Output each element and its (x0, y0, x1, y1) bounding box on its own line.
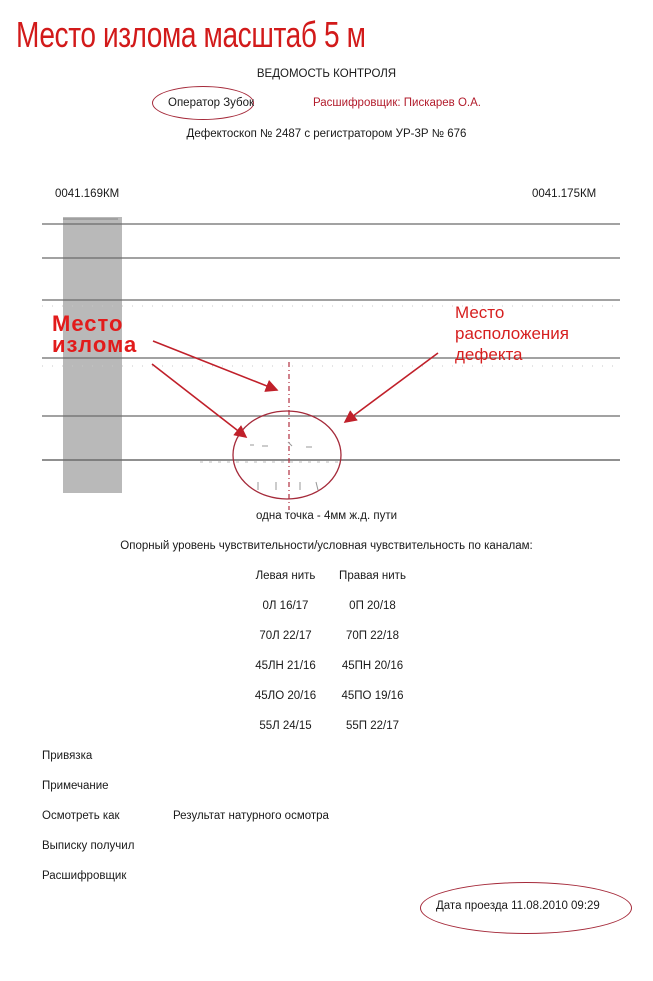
inspect-as-label: Осмотреть как (42, 810, 120, 822)
defectogram-chart (0, 0, 653, 520)
inspection-result-label: Результат натурного осмотра (173, 810, 329, 822)
pass-date: Дата проезда 11.08.2010 09:29 (436, 900, 600, 912)
break-arrow-1 (152, 364, 246, 437)
defect-arrow (345, 353, 438, 422)
decoder-label: Расшифровщик (42, 870, 126, 882)
received-by-label: Выписку получил (42, 840, 134, 852)
right-value: 55П 22/17 (305, 720, 440, 732)
scale-note: одна точка - 4мм ж.д. пути (0, 510, 653, 522)
right-value: 0П 20/18 (305, 600, 440, 612)
break-arrow-2 (153, 341, 277, 390)
defect-signals (250, 442, 318, 490)
defect-annotation: Место расположения дефекта (455, 302, 569, 365)
defect-ellipse (233, 411, 341, 499)
sensitivity-heading: Опорный уровень чувствительности/условна… (0, 540, 653, 552)
right-value: 45ПН 20/16 (305, 660, 440, 672)
break-annotation: Место излома (52, 313, 137, 355)
note-label: Примечание (42, 780, 109, 792)
binding-label: Привязка (42, 750, 92, 762)
right-value: 45ПО 19/16 (305, 690, 440, 702)
right-rail-header: Правая нить (305, 570, 440, 582)
right-value: 70П 22/18 (305, 630, 440, 642)
